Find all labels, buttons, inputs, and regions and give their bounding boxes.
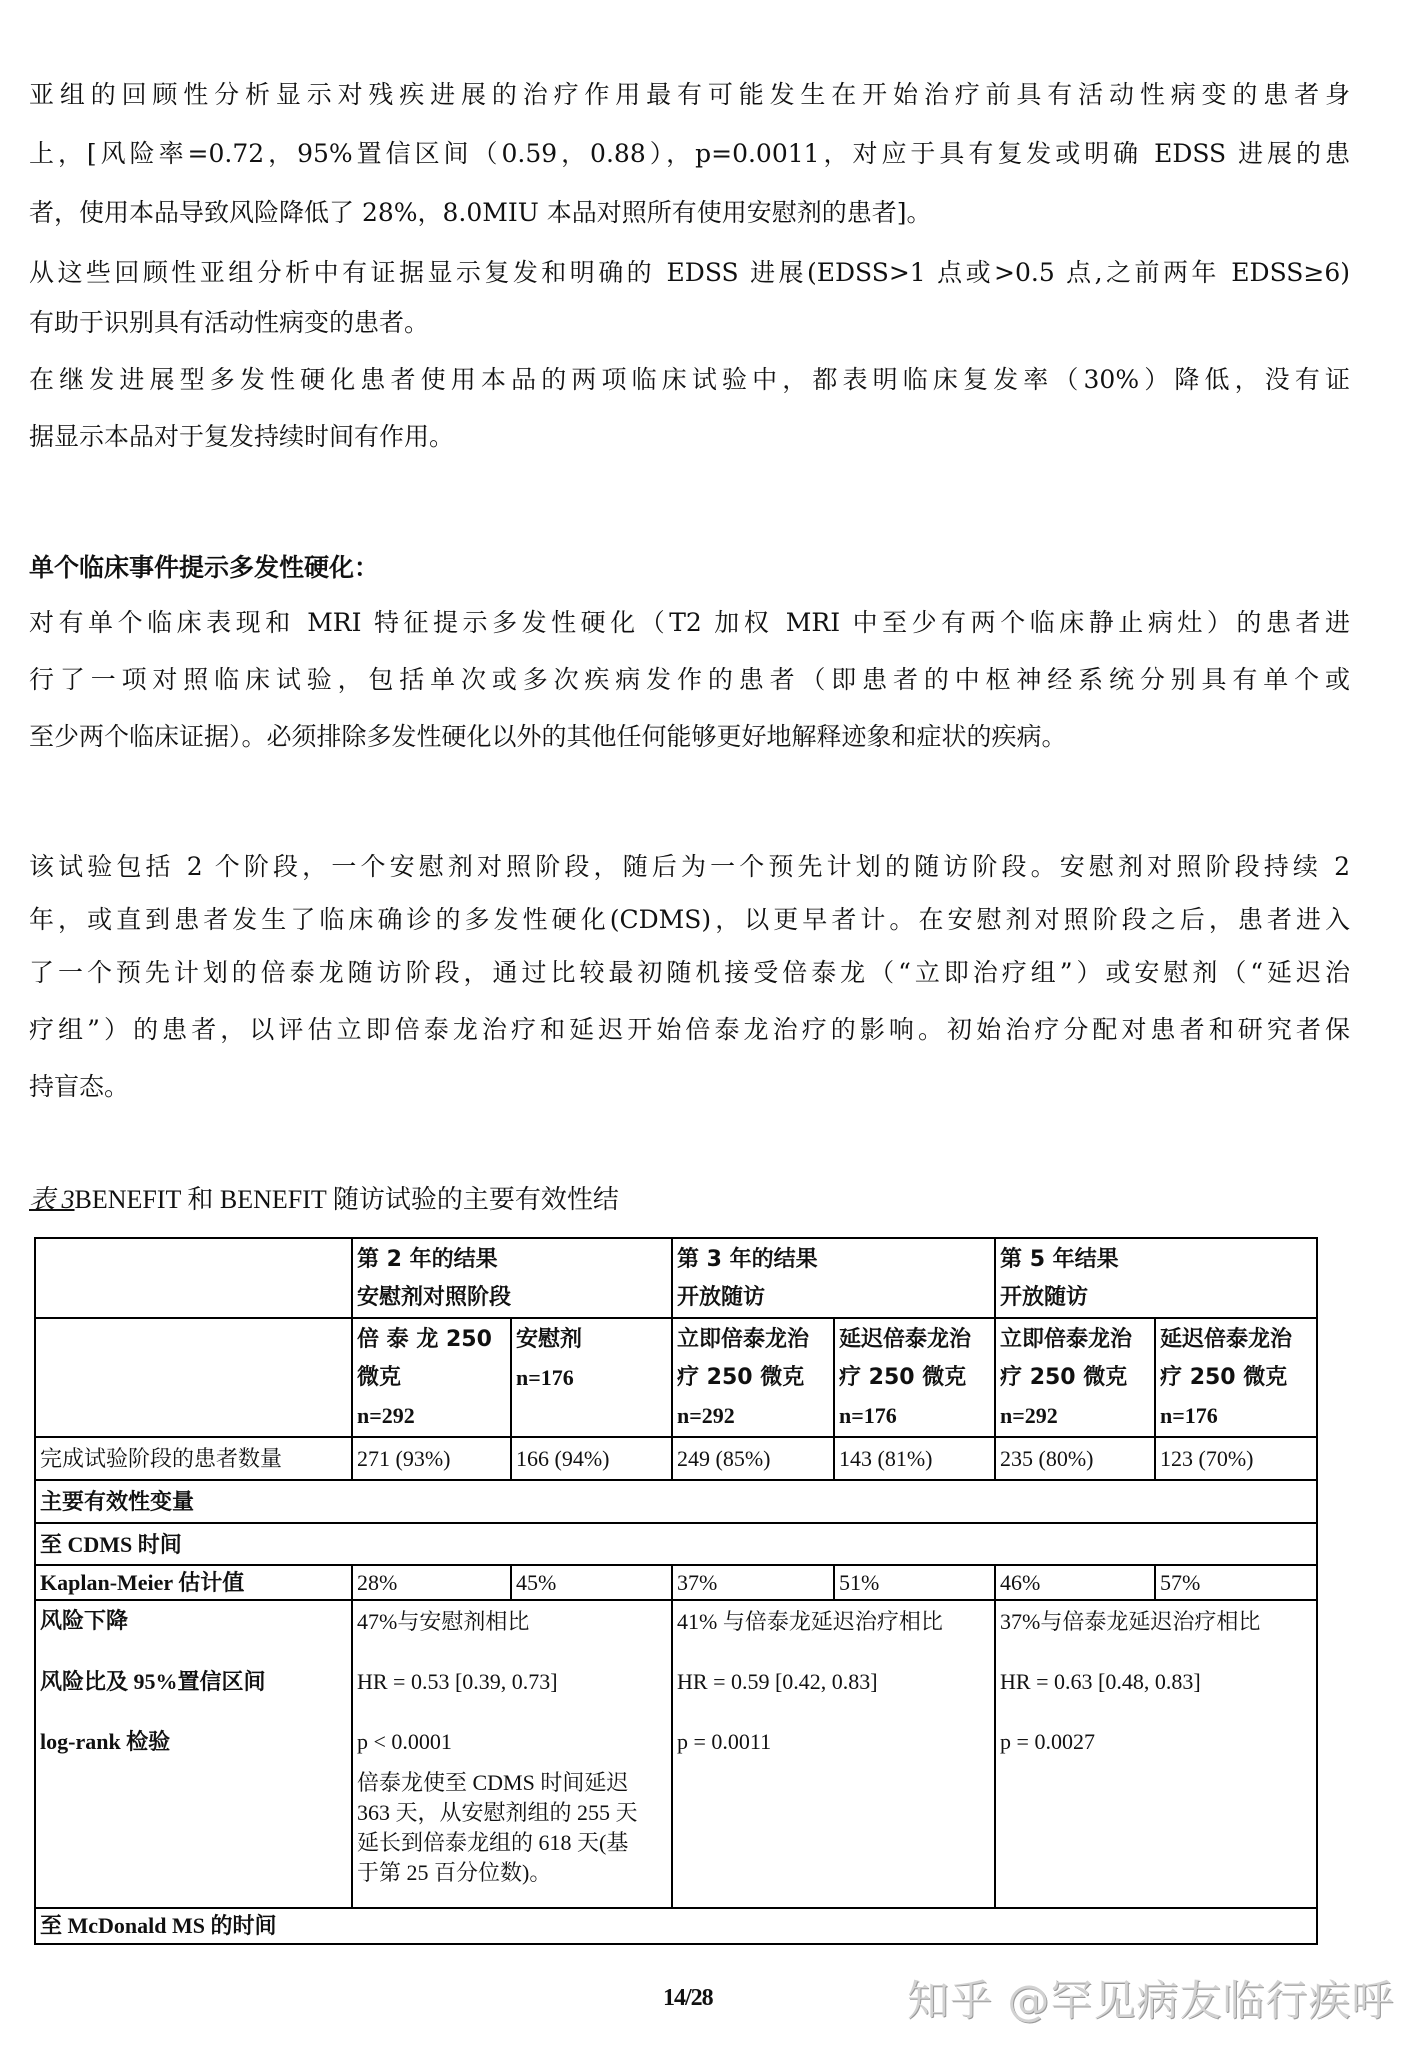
section-label-mcdonald: 至 McDonald MS 的时间 [35,1908,1317,1944]
table-row-completed: 完成试验阶段的患者数量 271 (93%) 166 (94%) 249 (85%… [35,1437,1317,1480]
efficacy-table: 第 2 年的结果 安慰剂对照阶段 第 3 年的结果 开放随访 第 5 年结果 开… [34,1237,1318,1945]
risk-year5-cell: 37%与倍泰龙延迟治疗相比 HR = 0.63 [0.48, 0.83] p =… [995,1600,1317,1908]
table-cell: 51% [834,1565,995,1600]
paragraph-line: 亚组的回顾性分析显示对残疾进展的治疗作用最有可能发生在开始治疗前具有活动性病变的… [29,75,1350,115]
paragraph-line: 有助于识别具有活动性病变的患者。 [29,303,1350,343]
table-cell: 123 (70%) [1155,1437,1317,1480]
paragraph-line: 上，[风险率=0.72，95%置信区间（0.59，0.88），p=0.0011，… [29,134,1350,174]
sub-header-cell: 倍 泰 龙 250微克n=292 [352,1318,511,1437]
section-heading: 单个临床事件提示多发性硬化： [29,548,1350,588]
paragraph-line: 疗组”）的患者，以评估立即倍泰龙治疗和延迟开始倍泰龙治疗的影响。初始治疗分配对患… [29,1010,1350,1050]
table-cell: 166 (94%) [511,1437,672,1480]
paragraph-line: 对有单个临床表现和 MRI 特征提示多发性硬化（T2 加权 MRI 中至少有两个… [29,603,1350,643]
paragraph-line: 从这些回顾性亚组分析中有证据显示复发和明确的 EDSS 进展(EDSS>1 点或… [29,253,1350,293]
table-cell: 271 (93%) [352,1437,511,1480]
watermark: 知乎 @罕见病友临行疾呼 [907,1968,1394,2028]
section-label-cdms: 至 CDMS 时间 [35,1523,1317,1565]
group-header-year5: 第 5 年结果 开放随访 [995,1238,1317,1318]
section-label-primary: 主要有效性变量 [35,1480,1317,1523]
table-row-kaplan-meier: Kaplan-Meier 估计值 28% 45% 37% 51% 46% 57% [35,1565,1317,1600]
table-row-sub-headers: 倍 泰 龙 250微克n=292 安慰剂n=176 立即倍泰龙治疗 250 微克… [35,1318,1317,1437]
risk-year2-cell: 47%与安慰剂相比 HR = 0.53 [0.39, 0.73] p < 0.0… [352,1600,672,1908]
risk-labels-cell: 风险下降 风险比及 95%置信区间 log-rank 检验 [35,1600,352,1908]
table-row-section-mcdonald: 至 McDonald MS 的时间 [35,1908,1317,1944]
row-label: 完成试验阶段的患者数量 [35,1437,352,1480]
paragraph-line: 在继发进展型多发性硬化患者使用本品的两项临床试验中，都表明临床复发率（30%）降… [29,360,1350,400]
table-cell: 249 (85%) [672,1437,834,1480]
table-row-section-primary: 主要有效性变量 [35,1480,1317,1523]
paragraph-line: 至少两个临床证据）。必须排除多发性硬化以外的其他任何能够更好地解释迹象和症状的疾… [29,717,1350,757]
table-cell: 28% [352,1565,511,1600]
table-empty-cell [35,1318,352,1437]
paragraph-line: 者，使用本品导致风险降低了 28%，8.0MIU 本品对照所有使用安慰剂的患者]… [29,193,1350,233]
table-caption-number: 表 3 [29,1185,75,1214]
table-cell: 45% [511,1565,672,1600]
table-cell: 235 (80%) [995,1437,1155,1480]
paragraph-line: 了一个预先计划的倍泰龙随访阶段，通过比较最初随机接受倍泰龙（“立即治疗组”）或安… [29,953,1350,993]
sub-header-cell: 立即倍泰龙治疗 250 微克n=292 [672,1318,834,1437]
table-row-risk: 风险下降 风险比及 95%置信区间 log-rank 检验 47%与安慰剂相比 … [35,1600,1317,1908]
paragraph-line: 行了一项对照临床试验，包括单次或多次疾病发作的患者（即患者的中枢神经系统分别具有… [29,660,1350,700]
table-caption: 表 3BENEFIT 和 BENEFIT 随访试验的主要有效性结 [29,1182,619,1218]
risk-year3-cell: 41% 与倍泰龙延迟治疗相比 HR = 0.59 [0.42, 0.83] p … [672,1600,995,1908]
table-row-group-headers: 第 2 年的结果 安慰剂对照阶段 第 3 年的结果 开放随访 第 5 年结果 开… [35,1238,1317,1318]
group-header-year2: 第 2 年的结果 安慰剂对照阶段 [352,1238,672,1318]
paragraph-line: 年，或直到患者发生了临床确诊的多发性硬化(CDMS)，以更早者计。在安慰剂对照阶… [29,900,1350,940]
paragraph-line: 据显示本品对于复发持续时间有作用。 [29,417,1350,457]
sub-header-cell: 安慰剂n=176 [511,1318,672,1437]
table-corner-cell [35,1238,352,1318]
sub-header-cell: 延迟倍泰龙治疗 250 微克n=176 [1155,1318,1317,1437]
sub-header-cell: 立即倍泰龙治疗 250 微克n=292 [995,1318,1155,1437]
table-cell: 37% [672,1565,834,1600]
paragraph-line: 持盲态。 [29,1067,1350,1107]
group-header-year3: 第 3 年的结果 开放随访 [672,1238,995,1318]
page-number: 14/28 [663,1985,713,2012]
row-label: Kaplan-Meier 估计值 [35,1565,352,1600]
table-cell: 143 (81%) [834,1437,995,1480]
table-caption-text: BENEFIT 和 BENEFIT 随访试验的主要有效性结 [75,1185,619,1214]
paragraph-line: 该试验包括 2 个阶段，一个安慰剂对照阶段，随后为一个预先计划的随访阶段。安慰剂… [29,847,1350,887]
table-cell: 46% [995,1565,1155,1600]
sub-header-cell: 延迟倍泰龙治疗 250 微克n=176 [834,1318,995,1437]
table-cell: 57% [1155,1565,1317,1600]
table-row-section-cdms: 至 CDMS 时间 [35,1523,1317,1565]
